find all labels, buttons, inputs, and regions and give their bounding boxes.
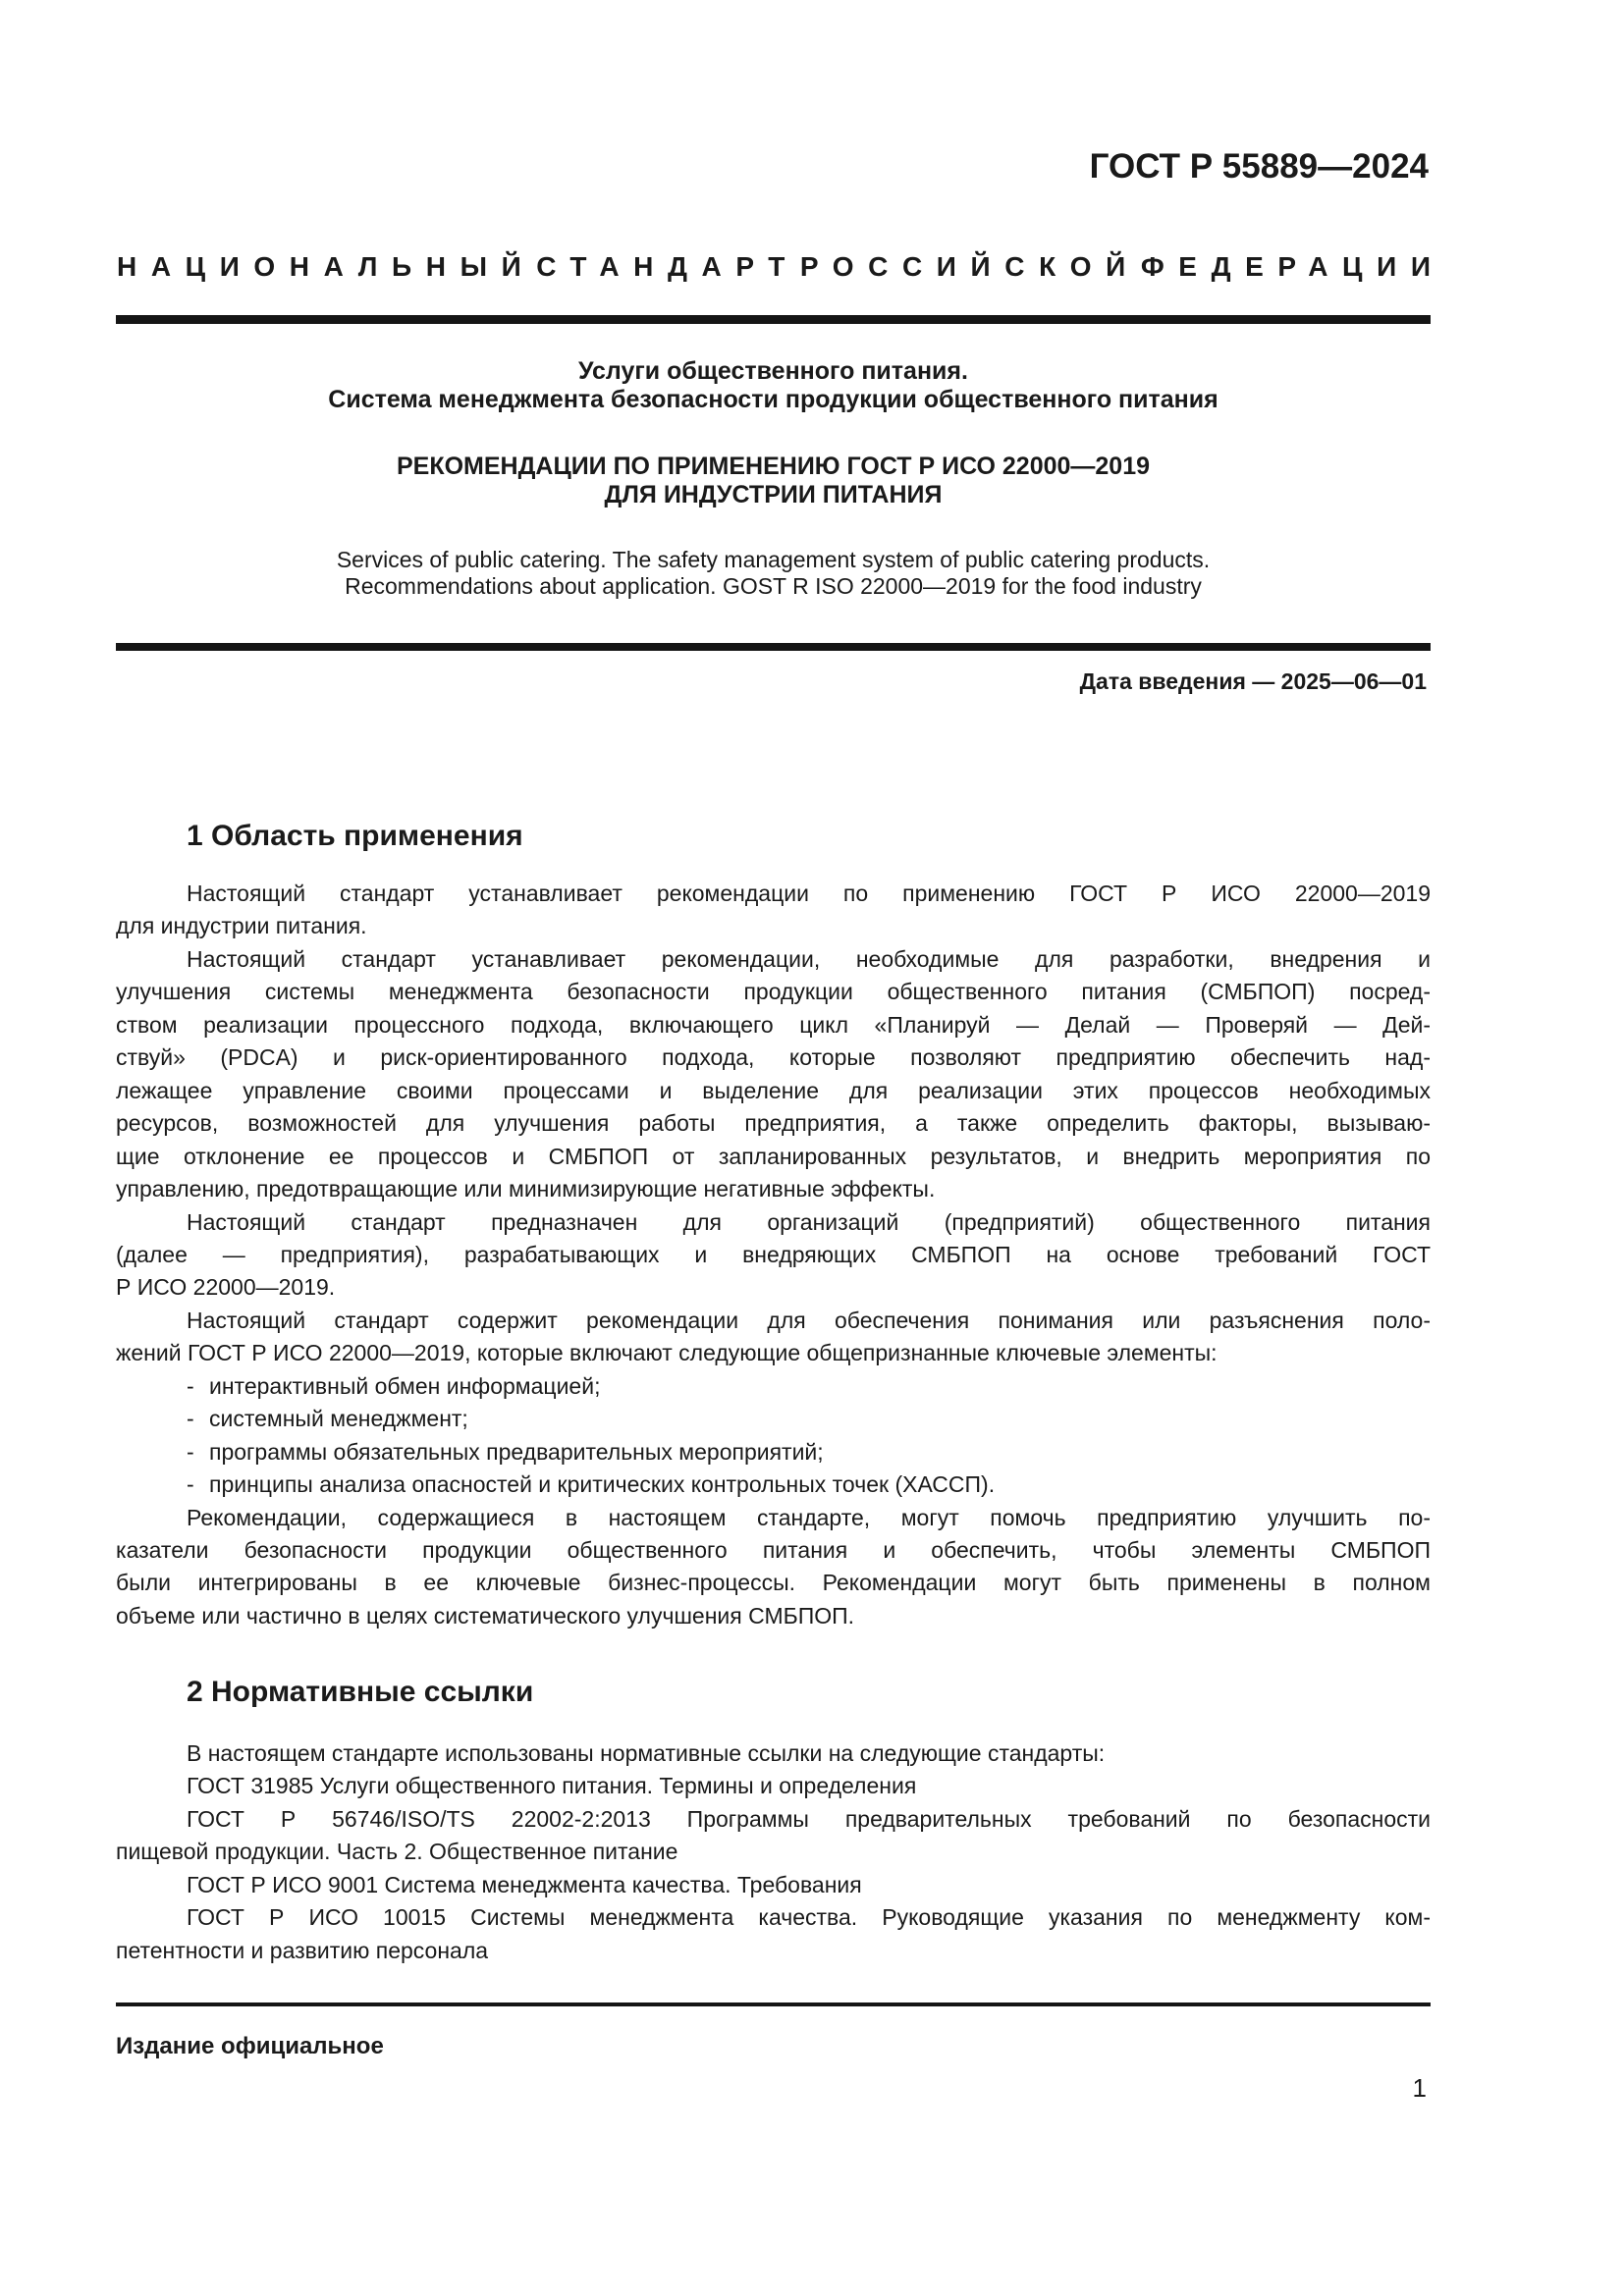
title-caps-line: РЕКОМЕНДАЦИИ ПО ПРИМЕНЕНИЮ ГОСТ Р ИСО 22… <box>116 453 1431 481</box>
list-item-text: интерактивный обмен информацией; <box>209 1373 600 1399</box>
list-item: -принципы анализа опасностей и критическ… <box>187 1468 1431 1501</box>
paragraph-line: ГОСТ Р ИСО 10015 Системы менеджмента кач… <box>187 1901 1431 1934</box>
introduction-date: Дата введения — 2025—06—01 <box>1080 668 1427 695</box>
bullet-dash-icon: - <box>187 1468 209 1501</box>
paragraph-line: казатели безопасности продукции обществе… <box>116 1534 1431 1567</box>
list-item: -программы обязательных предварительных … <box>187 1436 1431 1468</box>
paragraph-line: (далее — предприятия), разрабатывающих и… <box>116 1239 1431 1271</box>
banner-word: НАЦИОНАЛЬНЫЙ <box>117 251 535 283</box>
paragraph-line: управлению, предотвращающие или минимизи… <box>116 1173 1431 1205</box>
bullet-dash-icon: - <box>187 1403 209 1435</box>
banner-word: РОССИЙСКОЙ <box>800 251 1140 283</box>
paragraph-line: Настоящий стандарт содержит рекомендации… <box>187 1305 1431 1337</box>
paragraph-line: В настоящем стандарте использованы норма… <box>187 1737 1431 1770</box>
paragraph-line: ГОСТ Р 56746/ISO/TS 22002-2:2013 Програм… <box>187 1803 1431 1836</box>
list-item-text: системный менеджмент; <box>209 1406 468 1431</box>
official-edition-label: Издание официальное <box>116 2033 384 2060</box>
footer-divider <box>116 2002 1431 2006</box>
list-item-text: программы обязательных предварительных м… <box>209 1439 824 1465</box>
page-number: 1 <box>1413 2073 1427 2103</box>
list-item-text: принципы анализа опасностей и критически… <box>209 1471 995 1497</box>
paragraph-line: щие отклонение ее процессов и СМБПОП от … <box>116 1141 1431 1173</box>
bullet-dash-icon: - <box>187 1370 209 1403</box>
paragraph-line: Настоящий стандарт предназначен для орга… <box>187 1206 1431 1239</box>
paragraph-line: Рекомендации, содержащиеся в настоящем с… <box>187 1502 1431 1534</box>
title-caps-line: ДЛЯ ИНДУСТРИИ ПИТАНИЯ <box>116 481 1431 509</box>
bullet-dash-icon: - <box>187 1436 209 1468</box>
top-divider <box>116 315 1431 324</box>
english-title-line: Services of public catering. The safety … <box>116 547 1431 573</box>
section-heading-scope: 1 Область применения <box>187 819 523 854</box>
paragraph-line: для индустрии питания. <box>116 910 1431 942</box>
paragraph-line: Настоящий стандарт устанавливает рекомен… <box>187 878 1431 910</box>
paragraph-line: лежащее управление своими процессами и в… <box>116 1075 1431 1107</box>
title-divider <box>116 643 1431 651</box>
paragraph-line: ством реализации процессного подхода, вк… <box>116 1009 1431 1041</box>
paragraph-line: были интегрированы в ее ключевые бизнес-… <box>116 1567 1431 1599</box>
paragraph-line: Настоящий стандарт устанавливает рекомен… <box>187 943 1431 976</box>
paragraph-line: ствуй» (PDCA) и риск-ориентированного по… <box>116 1041 1431 1074</box>
title-line: Услуги общественного питания. <box>116 357 1431 386</box>
english-title-line: Recommendations about application. GOST … <box>116 573 1431 600</box>
paragraph-line: улучшения системы менеджмента безопаснос… <box>116 976 1431 1008</box>
banner-word: ФЕДЕРАЦИИ <box>1141 251 1445 283</box>
paragraph-line: петентности и развитию персонала <box>116 1935 1431 1967</box>
national-standard-banner: НАЦИОНАЛЬНЫЙ СТАНДАРТ РОССИЙСКОЙ ФЕДЕРАЦ… <box>117 251 1431 283</box>
paragraph-line: объеме или частично в целях систематичес… <box>116 1600 1431 1632</box>
paragraph-line: жений ГОСТ Р ИСО 22000—2019, которые вкл… <box>116 1337 1431 1369</box>
section-heading-normative-references: 2 Нормативные ссылки <box>187 1675 533 1710</box>
paragraph-line: ресурсов, возможностей для улучшения раб… <box>116 1107 1431 1140</box>
paragraph-line: ГОСТ Р ИСО 9001 Система менеджмента каче… <box>187 1869 1431 1901</box>
document-code: ГОСТ Р 55889—2024 <box>1090 147 1429 187</box>
paragraph-line: ГОСТ 31985 Услуги общественного питания.… <box>187 1770 1431 1802</box>
list-item: -системный менеджмент; <box>187 1403 1431 1435</box>
title-line: Система менеджмента безопасности продукц… <box>116 386 1431 414</box>
paragraph-line: пищевой продукции. Часть 2. Общественное… <box>116 1836 1431 1868</box>
list-item: -интерактивный обмен информацией; <box>187 1370 1431 1403</box>
banner-word: СТАНДАРТ <box>536 251 799 283</box>
paragraph-line: Р ИСО 22000—2019. <box>116 1271 1431 1304</box>
